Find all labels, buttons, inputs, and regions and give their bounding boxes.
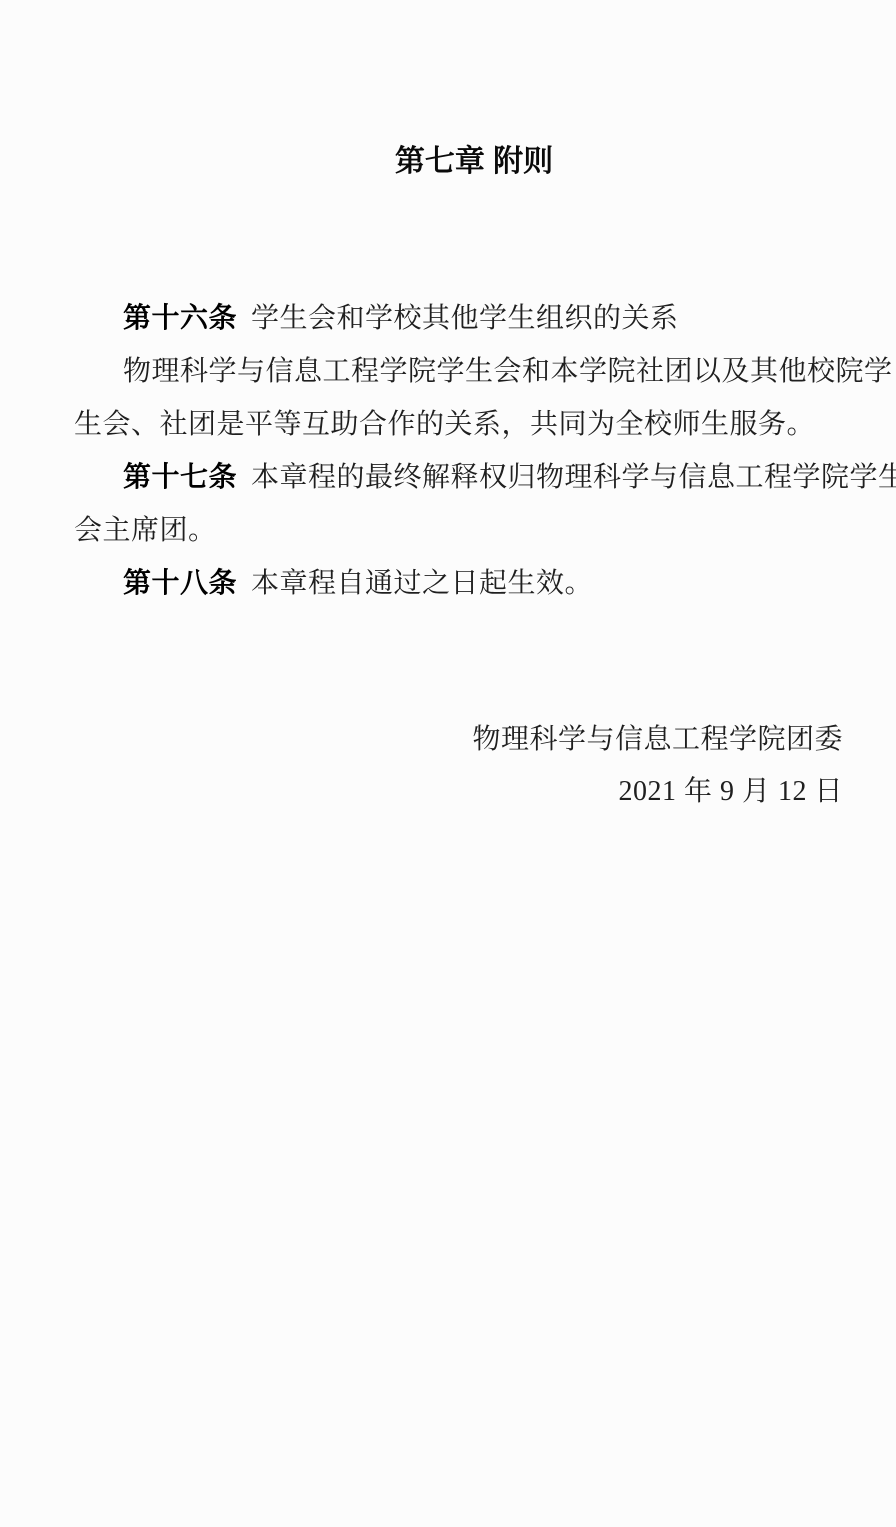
document-page: 第七章 附则 第十六条学生会和学校其他学生组织的关系 物理科学与信息工程学院学生…: [0, 0, 896, 1527]
article-17-text-2: 会主席团。: [74, 515, 217, 546]
signature-date: 2021 年 9 月 12 日: [0, 766, 843, 818]
article-16-line-1: 第十六条学生会和学校其他学生组织的关系: [74, 292, 856, 345]
article-17-text-1: 本章程的最终解释权归物理科学与信息工程学院学生: [251, 462, 896, 493]
article-18-line-1: 第十八条本章程自通过之日起生效。: [74, 557, 856, 610]
article-16-body-line-1: 物理科学与信息工程学院学生会和本学院社团以及其他校院学: [74, 345, 856, 398]
article-17-line-2: 会主席团。: [74, 504, 856, 557]
article-16-body-line-2: 生会、社团是平等互助合作的关系，共同为全校师生服务。: [74, 398, 856, 451]
signature-block: 物理科学与信息工程学院团委 2021 年 9 月 12 日: [0, 714, 896, 818]
article-16-body-text-2: 生会、社团是平等互助合作的关系，共同为全校师生服务。: [74, 409, 815, 440]
document-body: 第十六条学生会和学校其他学生组织的关系 物理科学与信息工程学院学生会和本学院社团…: [0, 292, 896, 610]
signature-org: 物理科学与信息工程学院团委: [0, 714, 843, 766]
article-16-number: 第十六条: [123, 302, 237, 333]
article-16-text: 学生会和学校其他学生组织的关系: [251, 303, 679, 334]
article-17-line-1: 第十七条本章程的最终解释权归物理科学与信息工程学院学生: [74, 451, 856, 504]
chapter-title: 第七章 附则: [26, 136, 896, 188]
article-17-number: 第十七条: [123, 461, 237, 492]
article-18-number: 第十八条: [123, 567, 237, 598]
article-16-body-text-1: 物理科学与信息工程学院学生会和本学院社团以及其他校院学: [123, 356, 893, 387]
article-18-text: 本章程自通过之日起生效。: [251, 568, 593, 599]
